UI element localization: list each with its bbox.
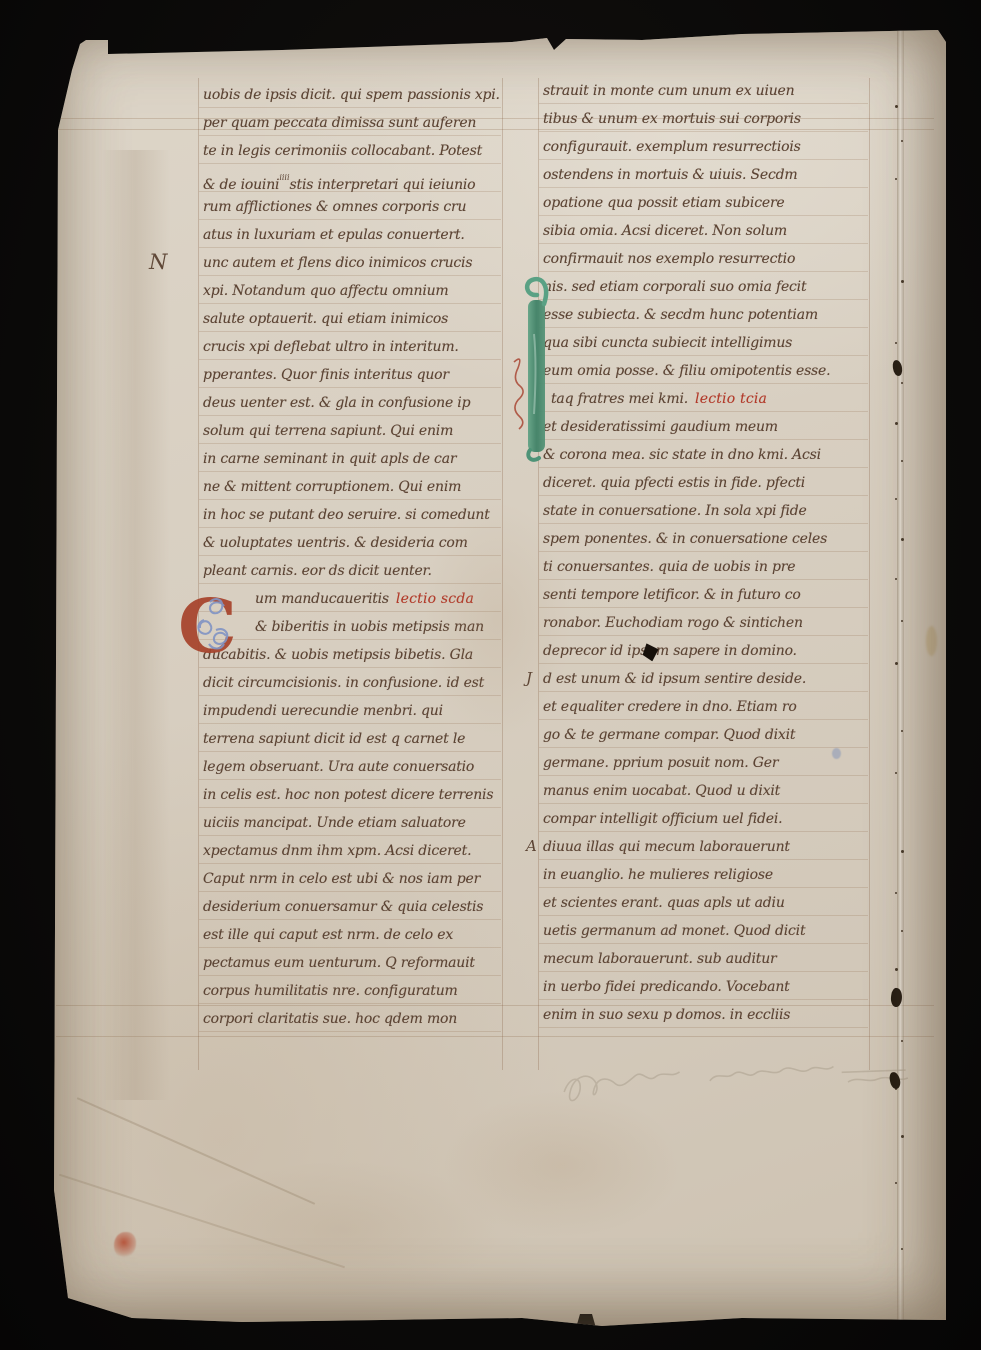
body-text: ti conuersantes. quia de uobis in pre (543, 559, 795, 575)
stitch-hole (901, 538, 904, 541)
body-text: ostendens in mortuis & uiuis. Secdm (543, 167, 797, 183)
stitch-hole (895, 892, 897, 894)
body-text: et desideratissimi gaudium meum (543, 419, 778, 435)
text-line: et scientes erant. quas apls ut adiu (539, 888, 868, 916)
body-text: ne & mittent corruptionem. Qui enim (203, 479, 461, 495)
body-text: germane. pprium posuit nom. Ger (543, 755, 778, 771)
text-line: qua sibi cuncta subiecit intelligimus (539, 328, 868, 356)
text-line: uiciis mancipat. Unde etiam saluatore (199, 808, 501, 836)
text-line: nis. sed etiam corporali suo omia fecit (539, 272, 868, 300)
crease-line (77, 1097, 315, 1205)
body-text: salute optauerit. qui etiam inimicos (203, 311, 448, 327)
text-line: legem obseruant. Ura aute conuersatio (199, 752, 501, 780)
stitch-hole (901, 382, 903, 384)
text-column-left: uobis de ipsis dicit. qui spem passionis… (199, 80, 501, 1032)
text-line: deprecor id ipsum sapere in domino. (539, 636, 868, 664)
body-text: go & te germane compar. Quod dixit (543, 727, 795, 743)
text-line: Nunc autem et flens dico inimicos crucis (199, 248, 501, 276)
body-text: deprecor id ipsum sapere in domino. (543, 643, 797, 659)
body-text: um manducaueritis (255, 591, 389, 607)
text-line: & uoluptates uentris. & desideria com (199, 528, 501, 556)
body-text: strauit in monte cum unum ex uiuen (543, 83, 794, 99)
ruling-line (502, 78, 503, 1070)
body-text: rum afflictiones & omnes corporis cru (203, 199, 466, 215)
text-line: ronabor. Euchodiam rogo & sintichen (539, 608, 868, 636)
body-text: tibus & unum ex mortuis sui corporis (543, 111, 801, 127)
ruling-line (56, 1036, 934, 1037)
text-line: atus in luxuriam et epulas conuertert. (199, 220, 501, 248)
body-text: deus uenter est. & gla in confusione ip (203, 395, 470, 411)
body-text: in hoc se putant deo seruire. si comedun… (203, 507, 490, 523)
body-text: nis. sed etiam corporali suo omia fecit (543, 279, 806, 295)
stitch-hole (895, 178, 897, 180)
text-line: esse subiecta. & secdm hunc potentiam (539, 300, 868, 328)
yellow-smudge (926, 626, 937, 656)
body-text: qua sibi cuncta subiecit intelligimus (543, 335, 792, 351)
text-line: germane. pprium posuit nom. Ger (539, 748, 868, 776)
text-line: desiderium conuersamur & quia celestis (199, 892, 501, 920)
text-line: tibus & unum ex mortuis sui corporis (539, 104, 868, 132)
stitch-hole (895, 105, 898, 108)
body-text: in carne seminant in quit apls de car (203, 451, 456, 467)
body-text: manus enim uocabat. Quod u dixit (543, 783, 780, 799)
manuscript-photo: { "page": { "kind": "medieval manuscript… (0, 0, 981, 1350)
body-text: spem ponentes. & in conuersatione celes (543, 531, 827, 547)
stitch-hole (901, 460, 903, 462)
stitch-hole (895, 578, 897, 580)
svg-text:C: C (178, 586, 237, 666)
text-line: xpectamus dnm ihm xpm. Acsi diceret. (199, 836, 501, 864)
body-text: in celis est. hoc non potest dicere terr… (203, 787, 493, 803)
body-text: sibia omia. Acsi diceret. Non solum (543, 223, 787, 239)
body-text: senti tempore letificor. & in futuro co (543, 587, 801, 603)
body-text: atus in luxuriam et epulas conuertert. (203, 227, 465, 243)
body-text: dicit circumcisionis. in confusione. id … (203, 675, 484, 691)
body-text: pleant carnis. eor ds dicit uenter. (203, 563, 432, 579)
body-text: compar intelligit officium uel fidei. (543, 811, 782, 827)
body-text: uetis germanum ad monet. Quod dicit (543, 923, 805, 939)
body-text: corpori claritatis sue. hoc qdem mon (203, 1011, 457, 1027)
text-line: te in legis cerimoniis collocabant. Pote… (199, 136, 501, 164)
marginal-letter: N (149, 248, 167, 276)
body-text: xpectamus dnm ihm xpm. Acsi diceret. (203, 843, 471, 859)
text-line: & de iouiniiiiistis interpretari qui iei… (199, 164, 501, 192)
edge-notch (550, 30, 566, 45)
text-line: state in conuersatione. In sola xpi fide (539, 496, 868, 524)
text-line: terrena sapiunt dicit id est q carnet le (199, 724, 501, 752)
body-text: opatione qua possit etiam subicere (543, 195, 785, 211)
body-text: in euanglio. he mulieres religiose (543, 867, 773, 883)
text-line: Caput nrm in celo est ubi & nos iam per (199, 864, 501, 892)
text-line: compar intelligit officium uel fidei. (539, 804, 868, 832)
text-line: opatione qua possit etiam subicere (539, 188, 868, 216)
body-text: ronabor. Euchodiam rogo & sintichen (543, 615, 803, 631)
body-text: solum qui terrena sapiunt. Qui enim (203, 423, 453, 439)
body-text: legem obseruant. Ura aute conuersatio (203, 759, 474, 775)
marginal-letter: J (526, 664, 532, 692)
body-text: mecum laborauerunt. sub auditur (543, 951, 777, 967)
text-line: pectamus eum uenturum. Q reformauit (199, 948, 501, 976)
text-line: ostendens in mortuis & uiuis. Secdm (539, 160, 868, 188)
text-line: go & te germane compar. Quod dixit (539, 720, 868, 748)
stitch-hole (895, 342, 897, 344)
text-line: senti tempore letificor. & in futuro co (539, 580, 868, 608)
text-line: configurauit. exemplum resurrectiois (539, 132, 868, 160)
body-text: diuua illas qui mecum laborauerunt (543, 839, 790, 855)
body-text: impudendi uerecundie menbri. qui (203, 703, 443, 719)
text-line: et equaliter credere in dno. Etiam ro (539, 692, 868, 720)
stitch-hole (895, 968, 898, 971)
text-line: xpi. Notandum quo affectu omnium (199, 276, 501, 304)
stitch-hole (895, 1182, 897, 1184)
marginal-letter: A (526, 832, 537, 860)
text-line: in carne seminant in quit apls de car (199, 444, 501, 472)
text-line: strauit in monte cum unum ex uiuen (539, 76, 868, 104)
text-line: et desideratissimi gaudium meum (539, 412, 868, 440)
stitch-hole (895, 772, 897, 774)
body-text: enim in suo sexu p domos. in eccliis (543, 1007, 790, 1023)
red-pigment-spot (114, 1232, 136, 1258)
stitch-hole (895, 498, 897, 500)
body-text: taq fratres mei kmi. (551, 391, 688, 407)
body-text: state in conuersatione. In sola xpi fide (543, 503, 807, 519)
stitch-hole (901, 730, 903, 732)
body-text: desiderium conuersamur & quia celestis (203, 899, 483, 915)
text-line: impudendi uerecundie menbri. qui (199, 696, 501, 724)
text-line: taq fratres mei kmi.lectio tcia (539, 384, 868, 412)
text-line: diceret. quia pfecti estis in fide. pfec… (539, 468, 868, 496)
body-text: et scientes erant. quas apls ut adiu (543, 895, 785, 911)
text-line: uobis de ipsis dicit. qui spem passionis… (199, 80, 501, 108)
text-column-right: strauit in monte cum unum ex uiuentibus … (539, 76, 868, 1028)
body-text: terrena sapiunt dicit id est q carnet le (203, 731, 465, 747)
body-text: unc autem et flens dico inimicos crucis (203, 255, 472, 271)
decorated-initial-i (508, 274, 554, 470)
body-text: eum omia posse. & filiu omipotentis esse… (543, 363, 830, 379)
text-line: eum omia posse. & filiu omipotentis esse… (539, 356, 868, 384)
body-text: est ille qui caput est nrm. de celo ex (203, 927, 453, 943)
text-line: dicit circumcisionis. in confusione. id … (199, 668, 501, 696)
text-line: est ille qui caput est nrm. de celo ex (199, 920, 501, 948)
text-line: confirmauit nos exemplo resurrectio (539, 244, 868, 272)
text-line: solum qui terrena sapiunt. Qui enim (199, 416, 501, 444)
text-line: salute optauerit. qui etiam inimicos (199, 304, 501, 332)
body-text: Caput nrm in celo est ubi & nos iam per (203, 871, 480, 887)
body-text: & corona mea. sic state in dno kmi. Acsi (543, 447, 821, 463)
text-line: deus uenter est. & gla in confusione ip (199, 388, 501, 416)
body-text: esse subiecta. & secdm hunc potentiam (543, 307, 818, 323)
text-line: per quam peccata dimissa sunt auferen (199, 108, 501, 136)
body-text: & biberitis in uobis metipsis man (255, 619, 484, 635)
stain (182, 1160, 502, 1300)
parchment-leaf: uobis de ipsis dicit. qui spem passionis… (42, 30, 946, 1328)
body-text: te in legis cerimoniis collocabant. Pote… (203, 143, 482, 159)
ruling-line (869, 78, 870, 1070)
text-line: pperantes. Quor finis interitus quor (199, 360, 501, 388)
text-line: in uerbo fidei predicando. Vocebant (539, 972, 868, 1000)
stitch-hole (901, 850, 904, 853)
text-line: in euanglio. he mulieres religiose (539, 860, 868, 888)
binding-fold-crease (897, 30, 904, 1328)
stitch-hole (901, 140, 903, 142)
text-line: spem ponentes. & in conuersatione celes (539, 524, 868, 552)
text-line: corpus humilitatis nre. configuratum (199, 976, 501, 1004)
text-line: & corona mea. sic state in dno kmi. Acsi (539, 440, 868, 468)
stitch-hole (901, 1135, 904, 1138)
stitch-hole (895, 662, 898, 665)
text-line: mecum laborauerunt. sub auditur (539, 944, 868, 972)
text-line: pleant carnis. eor ds dicit uenter. (199, 556, 501, 584)
body-text: in uerbo fidei predicando. Vocebant (543, 979, 790, 995)
stitch-hole (901, 930, 903, 932)
text-line: corpori claritatis sue. hoc qdem mon (199, 1004, 501, 1032)
body-text: uobis de ipsis dicit. qui spem passionis… (203, 87, 500, 103)
body-text: pectamus eum uenturum. Q reformauit (203, 955, 475, 971)
body-text: diceret. quia pfecti estis in fide. pfec… (543, 475, 805, 491)
stitch-hole (901, 280, 904, 283)
text-line: uetis germanum ad monet. Quod dicit (539, 916, 868, 944)
body-text: d est unum & id ipsum sentire deside. (543, 671, 806, 687)
text-line: Adiuua illas qui mecum laborauerunt (539, 832, 868, 860)
body-text: xpi. Notandum quo affectu omnium (203, 283, 448, 299)
stitch-hole (901, 620, 903, 622)
stitch-hole (895, 422, 898, 425)
text-line: sibia omia. Acsi diceret. Non solum (539, 216, 868, 244)
body-text: corpus humilitatis nre. configuratum (203, 983, 458, 999)
fold-shadow (100, 150, 170, 1100)
decorated-initial-c: C (176, 586, 250, 670)
text-line: ti conuersantes. quia de uobis in pre (539, 552, 868, 580)
text-line: enim in suo sexu p domos. in eccliis (539, 1000, 868, 1028)
body-text: et equaliter credere in dno. Etiam ro (543, 699, 797, 715)
text-line: Jd est unum & id ipsum sentire deside. (539, 664, 868, 692)
rubric-text: lectio tcia (695, 391, 767, 407)
rubric-text: lectio scda (396, 591, 474, 607)
body-text: & de iouini (203, 177, 279, 193)
text-line: ne & mittent corruptionem. Qui enim (199, 472, 501, 500)
red-flourish (514, 359, 523, 429)
text-line: rum afflictiones & omnes corporis cru (199, 192, 501, 220)
body-text: stis interpretari qui ieiunio (290, 177, 476, 193)
text-line: in celis est. hoc non potest dicere terr… (199, 780, 501, 808)
text-line: manus enim uocabat. Quod u dixit (539, 776, 868, 804)
stitch-hole (901, 1248, 903, 1250)
faint-inscription (549, 1046, 921, 1123)
text-line: crucis xpi deflebat ultro in interitum. (199, 332, 501, 360)
body-text: uiciis mancipat. Unde etiam saluatore (203, 815, 466, 831)
stitch-hole (901, 1040, 903, 1042)
body-text: confirmauit nos exemplo resurrectio (543, 251, 795, 267)
body-text: crucis xpi deflebat ultro in interitum. (203, 339, 459, 355)
body-text: pperantes. Quor finis interitus quor (203, 367, 449, 383)
body-text: configurauit. exemplum resurrectiois (543, 139, 801, 155)
body-text: iiii (279, 173, 289, 182)
text-line: in hoc se putant deo seruire. si comedun… (199, 500, 501, 528)
edge-notch (576, 1314, 596, 1328)
crease-line (59, 1174, 345, 1269)
body-text: per quam peccata dimissa sunt auferen (203, 115, 476, 131)
body-text: & uoluptates uentris. & desideria com (203, 535, 468, 551)
